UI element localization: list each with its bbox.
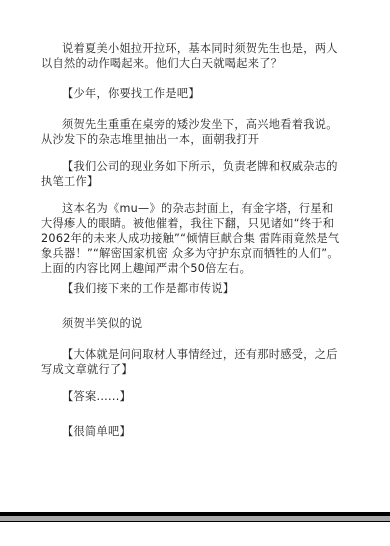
paragraph-1: 说着夏美小姐拉开拉环，基本同时须贺先生也是，两人以自然的动作喝起来。他们大白天就… bbox=[41, 41, 341, 71]
paragraph-10: 【很简单吧】 bbox=[41, 424, 341, 439]
paragraph-2: 【少年，你要找工作是吧】 bbox=[41, 86, 341, 101]
paragraph-9: 【答案......】 bbox=[41, 389, 341, 404]
document-page: 说着夏美小姐拉开拉环，基本同时须贺先生也是，两人以自然的动作喝起来。他们大白天就… bbox=[0, 0, 390, 512]
paragraph-7: 须贺半笑似的说 bbox=[41, 316, 341, 331]
paragraph-6: 【我们接下来的工作是都市传说】 bbox=[41, 281, 341, 296]
paragraph-3: 须贺先生重重在桌旁的矮沙发坐下，高兴地看着我说。从沙发下的杂志堆里抽出一本，面朝… bbox=[41, 117, 341, 147]
page-separator-line bbox=[0, 521, 390, 522]
paragraph-8: 【大体就是问问取材人事情经过，还有那时感受，之后写成文章就行了】 bbox=[41, 347, 341, 377]
paragraph-4: 【我们公司的现业务如下所示，负责老牌和权威杂志的执笔工作】 bbox=[41, 159, 341, 189]
paragraph-5: 这本名为《mu—》的杂志封面上，有金字塔，行星和大得瘆人的眼睛。被他催着，我往下… bbox=[41, 201, 341, 276]
